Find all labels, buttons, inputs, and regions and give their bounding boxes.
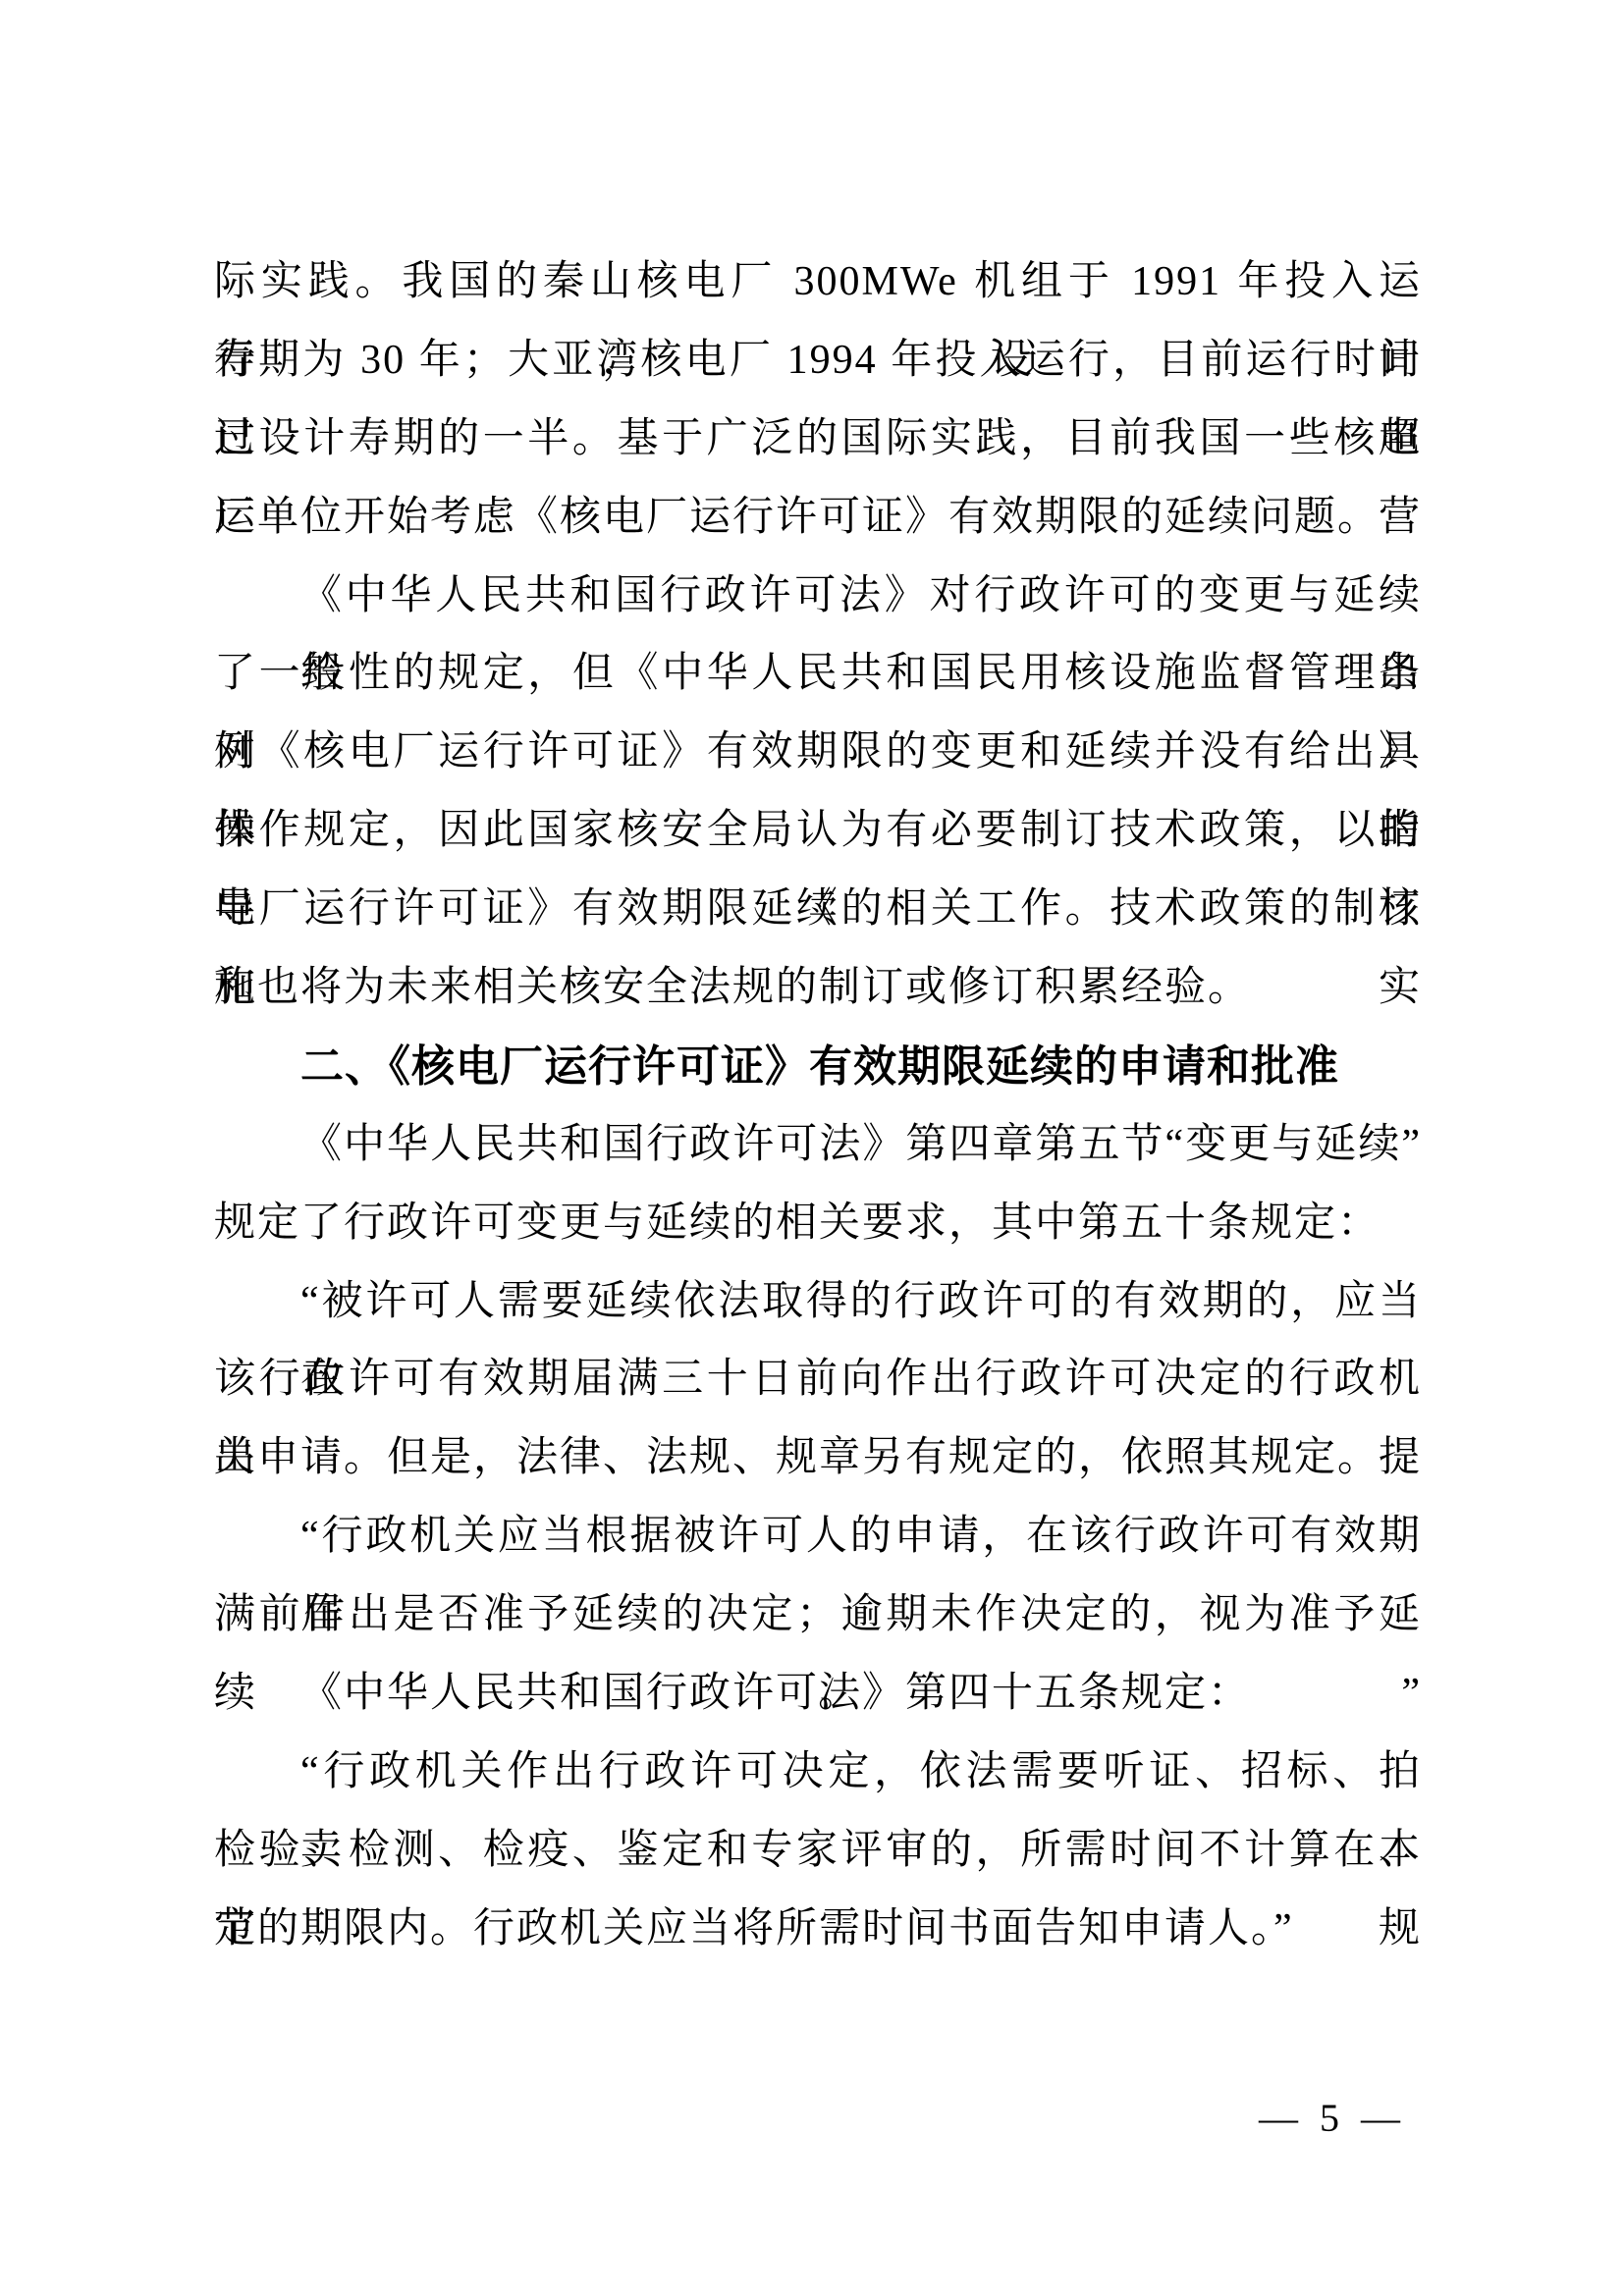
text-line: 施也将为未来相关核安全法规的制订或修订积累经验。 <box>214 949 1422 1028</box>
text-line: “行政机关应当根据被许可人的申请，在该行政许可有效期届 <box>214 1498 1422 1576</box>
page-number: — 5 — <box>1259 2097 1406 2140</box>
text-line: 《中华人民共和国行政许可法》对行政许可的变更与延续给出 <box>214 558 1422 636</box>
text-line: 过设计寿期的一半。基于广泛的国际实践，目前我国一些核电厂营 <box>214 400 1422 479</box>
text-line: 对《核电厂运行许可证》有效期限的变更和延续并没有给出具体的 <box>214 714 1422 792</box>
text-line: 规定了行政许可变更与延续的相关要求，其中第五十条规定： <box>214 1185 1422 1263</box>
text-line: “行政机关作出行政许可决定，依法需要听证、招标、拍卖、 <box>214 1734 1422 1812</box>
text-line: 操作规定，因此国家核安全局认为有必要制订技术政策，以指导《核 <box>214 792 1422 871</box>
text-line: 电厂运行许可证》有效期限延续的相关工作。技术政策的制订和实 <box>214 871 1422 949</box>
text-line: 运单位开始考虑《核电厂运行许可证》有效期限的延续问题。 <box>214 479 1422 558</box>
text-line: 《中华人民共和国行政许可法》第四章第五节“变更与延续” <box>214 1106 1422 1185</box>
section-heading: 二、《核电厂运行许可证》有效期限延续的申请和批准 <box>214 1028 1422 1106</box>
text-line: 该行政许可有效期届满三十日前向作出行政许可决定的行政机关提 <box>214 1341 1422 1419</box>
text-line: 际实践。我国的秦山核电厂 300MWe 机组于 1991 年投入运行，设计 <box>214 243 1422 322</box>
text-line: 检验、检测、检疫、鉴定和专家评审的，所需时间不计算在本节规 <box>214 1812 1422 1891</box>
text-line: “被许可人需要延续依法取得的行政许可的有效期的，应当在 <box>214 1263 1422 1342</box>
text-line: 定的期限内。行政机关应当将所需时间书面告知申请人。” <box>214 1891 1422 1969</box>
text-line: 了一般性的规定，但《中华人民共和国民用核设施监督管理条例》 <box>214 635 1422 714</box>
document-page: 际实践。我国的秦山核电厂 300MWe 机组于 1991 年投入运行，设计 寿期… <box>0 0 1624 2296</box>
text-line: 出申请。但是，法律、法规、规章另有规定的，依照其规定。 <box>214 1419 1422 1498</box>
text-block: 际实践。我国的秦山核电厂 300MWe 机组于 1991 年投入运行，设计 寿期… <box>214 243 1422 1969</box>
text-line: 满前作出是否准予延续的决定；逾期未作决定的，视为准予延续。” <box>214 1576 1422 1655</box>
text-line: 寿期为 30 年；大亚湾核电厂 1994 年投入运行，目前运行时间已超 <box>214 322 1422 400</box>
text-line: 《中华人民共和国行政许可法》第四十五条规定： <box>214 1655 1422 1734</box>
